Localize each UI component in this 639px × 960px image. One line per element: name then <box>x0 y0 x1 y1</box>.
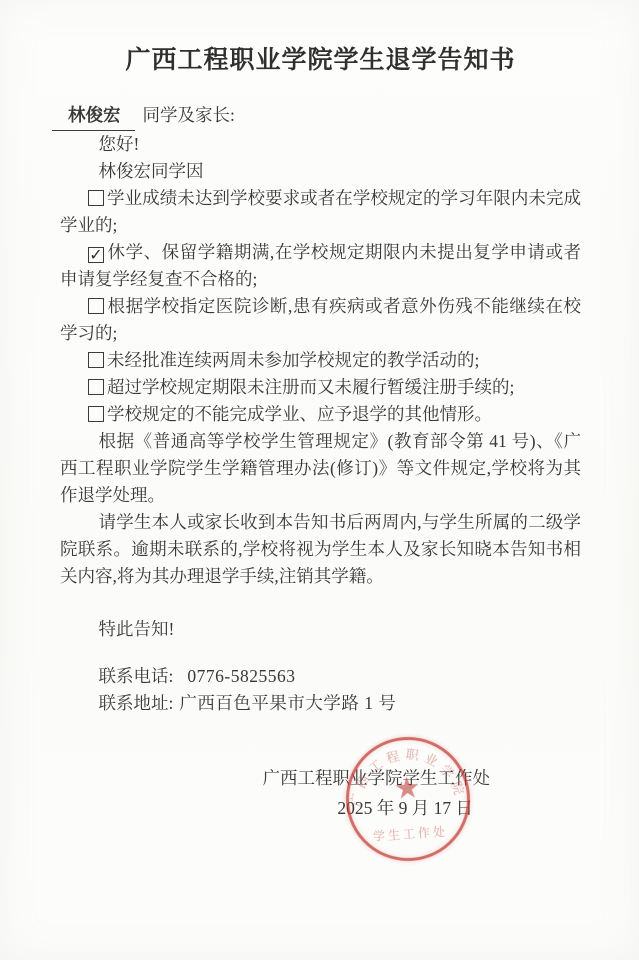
reason-item: 根据学校指定医院诊断,患有疾病或者意外伤残不能继续在校学习的; <box>60 293 581 347</box>
intro-line: 林俊宏同学因 <box>60 158 581 185</box>
contact-block: 联系电话:0776-5825563 联系地址:广西百色平果市大学路 1 号 <box>60 663 581 717</box>
reason-text: 超过学校规定期限未注册而又未履行暂缓注册手续的; <box>107 377 514 397</box>
signature-date: 2025 年 9 月 17 日 <box>60 793 473 823</box>
paragraph-regulations: 根据《普通高等学校学生管理规定》(教育部令第 41 号)、《广西工程职业学院学生… <box>60 428 581 509</box>
checkbox-icon <box>88 379 104 395</box>
paragraph-deadline: 请学生本人或家长收到本告知书后两周内,与学生所属的二级学院联系。逾期未联系的,学… <box>60 509 581 590</box>
contact-phone-row: 联系电话:0776-5825563 <box>60 663 581 690</box>
reason-text: 学业成绩未达到学校要求或者在学校规定的学习年限内未完成学业的; <box>60 188 581 235</box>
reason-text: 未经批准连续两周未参加学校规定的教学活动的; <box>107 350 479 370</box>
reason-item: 学校规定的不能完成学业、应予退学的其他情形。 <box>60 401 581 428</box>
reason-item: 学业成绩未达到学校要求或者在学校规定的学习年限内未完成学业的; <box>60 185 581 239</box>
signature-block: 广西工程职业学院学生工作处 2025 年 9 月 17 日 <box>60 763 581 823</box>
greeting: 您好! <box>60 131 581 158</box>
checkbox-icon <box>88 406 104 422</box>
reason-item: ✓休学、保留学籍期满,在学校规定期限内未提出复学申请或者申请复学经复查不合格的; <box>60 239 581 293</box>
seal-bottom-text: 学生工作处 <box>348 821 473 847</box>
checkbox-icon <box>88 190 104 206</box>
salutation: 林俊宏同学及家长: <box>60 102 581 131</box>
address-label: 联系地址: <box>99 693 174 713</box>
reason-text: 学校规定的不能完成学业、应予退学的其他情形。 <box>107 404 492 424</box>
page-title: 广西工程职业学院学生退学告知书 <box>60 40 581 76</box>
reason-item: 超过学校规定期限未注册而又未履行暂缓注册手续的; <box>60 374 581 401</box>
checkbox-icon <box>88 298 104 314</box>
phone-number: 0776-5825563 <box>187 666 295 686</box>
reason-text: 根据学校指定医院诊断,患有疾病或者意外伤残不能继续在校学习的; <box>60 296 581 343</box>
reason-text: 休学、保留学籍期满,在学校规定期限内未提出复学申请或者申请复学经复查不合格的; <box>60 242 581 289</box>
contact-address-row: 联系地址:广西百色平果市大学路 1 号 <box>60 690 581 717</box>
signature-org: 广西工程职业学院学生工作处 <box>60 763 490 793</box>
checkbox-icon <box>88 352 104 368</box>
student-name: 林俊宏 <box>52 102 135 131</box>
phone-label: 联系电话: <box>99 666 174 686</box>
document-page: 广西工程职业学院学生退学告知书 林俊宏同学及家长: 您好! 林俊宏同学因 学业成… <box>0 0 639 960</box>
closing-line: 特此告知! <box>60 616 581 643</box>
address-value: 广西百色平果市大学路 1 号 <box>179 693 396 713</box>
reason-item: 未经批准连续两周未参加学校规定的教学活动的; <box>60 347 581 374</box>
checkbox-checked-icon: ✓ <box>88 247 104 263</box>
salutation-suffix: 同学及家长: <box>143 105 235 125</box>
